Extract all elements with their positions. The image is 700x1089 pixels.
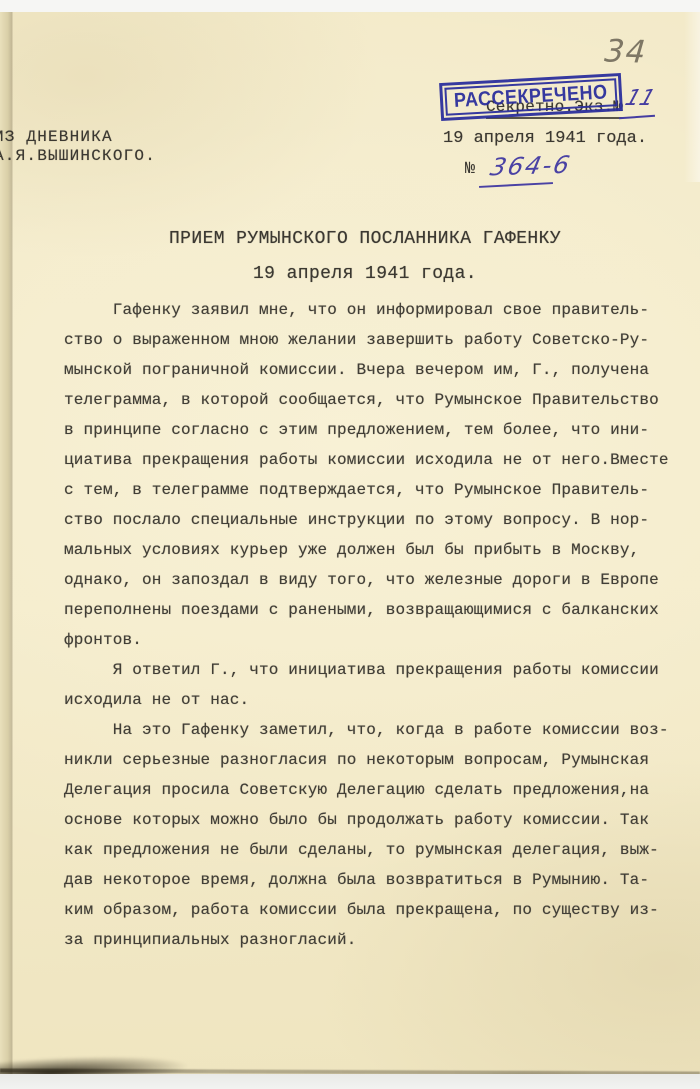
paper-left-edge bbox=[0, 12, 13, 1074]
diary-source: ИЗ ДНЕВНИКА А.Я.ВЫШИНСКОГО. bbox=[0, 128, 156, 166]
title-line1: ПРИЕМ РУМЫНСКОГО ПОСЛАННИКА ГАФЕНКУ bbox=[65, 222, 665, 257]
document-body-text: Гафенку заявил мне, что он информировал … bbox=[64, 295, 678, 955]
paper-right-edge-highlight bbox=[684, 12, 700, 182]
document-date: 19 апреля 1941 года. bbox=[443, 129, 647, 148]
scan-bottom-strip bbox=[0, 1074, 700, 1089]
document-number-underline bbox=[479, 182, 553, 188]
scan-background: 34 Секретно.Экз.№ 11 РАССЕКРЕЧЕНО 19 апр… bbox=[0, 0, 700, 1089]
diary-source-line1: ИЗ ДНЕВНИКА bbox=[0, 128, 156, 147]
document-page: 34 Секретно.Экз.№ 11 РАССЕКРЕЧЕНО 19 апр… bbox=[0, 12, 700, 1074]
copy-number-handwritten: 11 bbox=[622, 86, 658, 111]
document-title: ПРИЕМ РУМЫНСКОГО ПОСЛАННИКА ГАФЕНКУ 19 а… bbox=[65, 222, 665, 292]
diary-source-line2: А.Я.ВЫШИНСКОГО. bbox=[0, 147, 156, 166]
title-line2: 19 апреля 1941 года. bbox=[65, 257, 665, 292]
document-number-handwritten: 364-6 bbox=[488, 151, 574, 182]
copy-number-underline bbox=[619, 115, 655, 120]
stamp-text: РАССЕКРЕЧЕНО bbox=[453, 80, 608, 112]
stamp-inner-border: РАССЕКРЕЧЕНО bbox=[444, 78, 617, 116]
page-number-handwritten: 34 bbox=[599, 33, 652, 70]
number-sign: № bbox=[465, 160, 475, 179]
